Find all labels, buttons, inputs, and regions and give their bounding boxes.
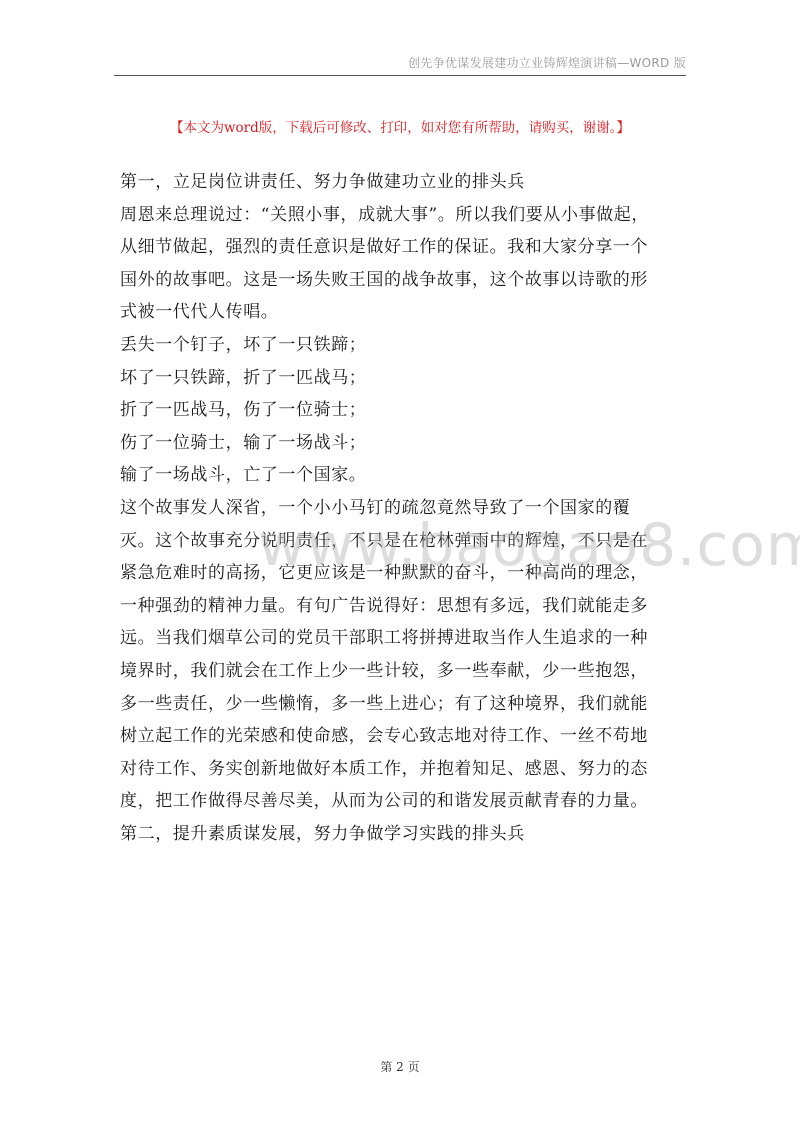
paragraph-line: 树立起工作的光荣感和使命感，会专心致志地对待工作、一丝不苟地 — [120, 720, 690, 753]
paragraph-line: 式被一代代人传唱。 — [120, 296, 690, 329]
paragraph-line: 多一些责任，少一些懒惰，多一些上进心；有了这种境界，我们就能 — [120, 688, 690, 721]
poem-line: 丢失一个钉子，坏了一只铁蹄； — [120, 329, 690, 362]
section-heading: 第一，立足岗位讲责任、努力争做建功立业的排头兵 — [120, 166, 690, 199]
paragraph-line: 从细节做起，强烈的责任意识是做好工作的保证。我和大家分享一个 — [120, 231, 690, 264]
poem-line: 伤了一位骑士，输了一场战斗； — [120, 427, 690, 460]
page-number: 第 2 页 — [0, 1058, 800, 1076]
paragraph-line: 灭。这个故事充分说明责任，不只是在枪林弹雨中的辉煌，不只是在 — [120, 525, 690, 558]
paragraph-line: 国外的故事吧。这是一场失败王国的战争故事，这个故事以诗歌的形 — [120, 264, 690, 297]
section-heading: 第二，提升素质谋发展，努力争做学习实践的排头兵 — [120, 818, 690, 851]
paragraph-line: 度，把工作做得尽善尽美，从而为公司的和谐发展贡献青春的力量。 — [120, 785, 690, 818]
poem-line: 输了一场战斗，亡了一个国家。 — [120, 459, 690, 492]
paragraph-line: 对待工作、务实创新地做好本质工作，并抱着知足、感恩、努力的态 — [120, 753, 690, 786]
poem-line: 坏了一只铁蹄，折了一匹战马； — [120, 362, 690, 395]
paragraph-line: 周恩来总理说过：“关照小事，成就大事”。所以我们要从小事做起， — [120, 199, 690, 232]
paragraph-line: 境界时，我们就会在工作上少一些计较，多一些奉献，少一些抱怨， — [120, 655, 690, 688]
paragraph-line: 紧急危难时的高扬，它更应该是一种默默的奋斗，一种高尚的理念， — [120, 557, 690, 590]
paragraph-line: 一种强劲的精神力量。有句广告说得好：思想有多远，我们就能走多 — [120, 590, 690, 623]
paragraph-line: 这个故事发人深省，一个小小马钉的疏忽竟然导致了一个国家的覆 — [120, 492, 690, 525]
poem-line: 折了一匹战马，伤了一位骑士； — [120, 394, 690, 427]
purchase-notice: 【本文为word版，下载后可修改、打印，如对您有所帮助，请购买，谢谢。】 — [114, 118, 686, 138]
document-title: 创先争优谋发展建功立业铸辉煌演讲稿—WORD 版 — [408, 56, 686, 70]
page-header: 创先争优谋发展建功立业铸辉煌演讲稿—WORD 版 — [114, 52, 686, 76]
paragraph-line: 远。当我们烟草公司的党员干部职工将拼搏进取当作人生追求的一种 — [120, 622, 690, 655]
document-body: 第一，立足岗位讲责任、努力争做建功立业的排头兵 周恩来总理说过：“关照小事，成就… — [120, 166, 690, 850]
